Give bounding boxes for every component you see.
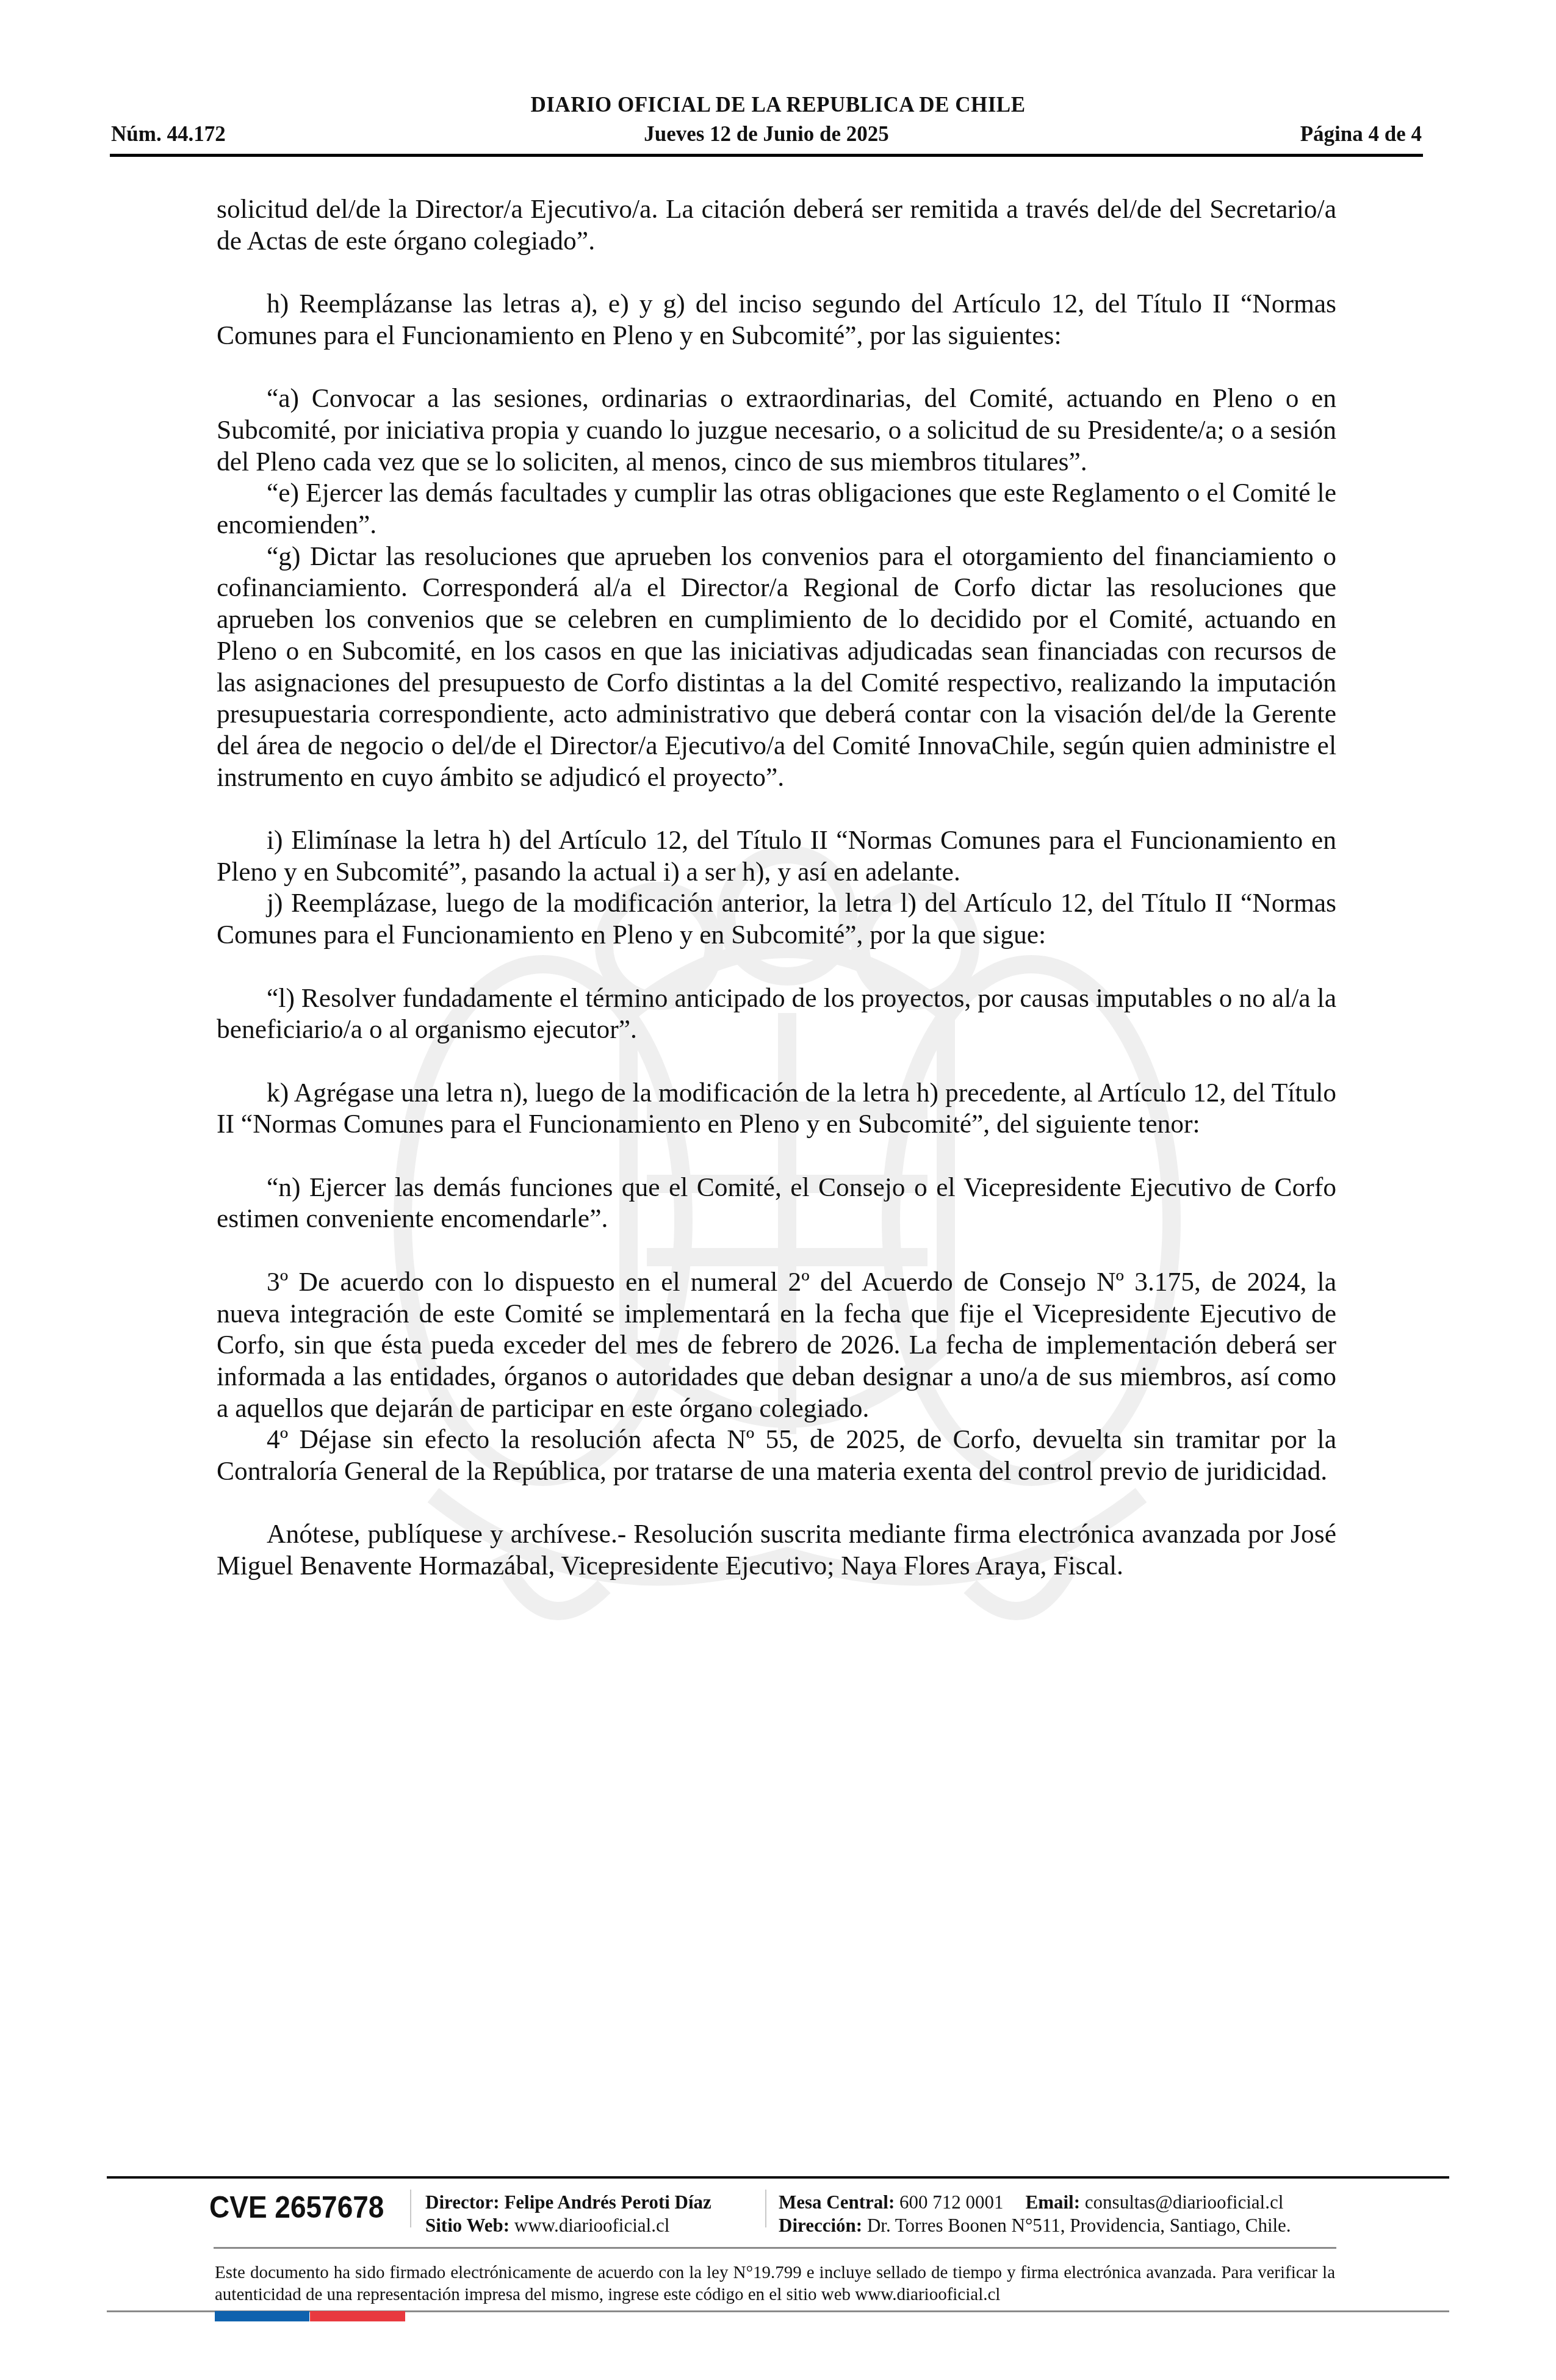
body-paragraph: j) Reemplázase, luego de la modificación… <box>217 888 1336 951</box>
flag-stripe-blue <box>215 2311 309 2321</box>
issue-date: Jueves 12 de Junio de 2025 <box>111 122 1422 146</box>
flag-stripe-red <box>310 2311 405 2321</box>
header-divider <box>110 154 1423 157</box>
director-name: Felipe Andrés Peroti Díaz <box>504 2191 711 2213</box>
website-link[interactable]: www.diariooficial.cl <box>514 2215 670 2236</box>
gazette-title: DIARIO OFICIAL DE LA REPUBLICA DE CHILE <box>0 93 1556 117</box>
body-paragraph: k) Agrégase una letra n), luego de la mo… <box>217 1078 1336 1141</box>
header-meta-row: Núm. 44.172 Jueves 12 de Junio de 2025 P… <box>111 122 1422 149</box>
footer-divider-middle <box>214 2247 1336 2249</box>
website-label: Sitio Web: <box>425 2215 510 2236</box>
address-text: Dr. Torres Boonen N°511, Providencia, Sa… <box>867 2215 1291 2236</box>
email-link[interactable]: consultas@diariooficial.cl <box>1085 2191 1284 2213</box>
cve-code: CVE 2657678 <box>209 2190 384 2225</box>
phone-label: Mesa Central: <box>779 2191 895 2213</box>
email-label: Email: <box>1026 2191 1081 2213</box>
paragraph-spacer <box>217 793 1336 825</box>
address-label: Dirección: <box>779 2215 862 2236</box>
body-paragraph: h) Reemplázanse las letras a), e) y g) d… <box>217 289 1336 352</box>
paragraph-spacer <box>217 352 1336 384</box>
phone-number: 600 712 0001 <box>899 2191 1004 2213</box>
director-label: Director: <box>425 2191 500 2213</box>
body-paragraph: Anótese, publíquese y archívese.- Resolu… <box>217 1519 1336 1582</box>
footer-separator <box>410 2190 411 2227</box>
footer-divider-top <box>107 2176 1449 2179</box>
body-paragraph: “a) Convocar a las sesiones, ordinarias … <box>217 383 1336 478</box>
paragraph-spacer <box>217 257 1336 289</box>
body-paragraph: “e) Ejercer las demás facultades y cumpl… <box>217 478 1336 541</box>
body-paragraph: 4º Déjase sin efecto la resolución afect… <box>217 1424 1336 1487</box>
footer-separator <box>765 2190 766 2227</box>
footer-contact-block: Mesa Central: 600 712 0001Email: consult… <box>779 2191 1291 2237</box>
body-paragraph: “l) Resolver fundadamente el término ant… <box>217 983 1336 1046</box>
body-paragraph: 3º De acuerdo con lo dispuesto en el num… <box>217 1267 1336 1425</box>
body-paragraph: “n) Ejercer las demás funciones que el C… <box>217 1172 1336 1235</box>
body-paragraph: solicitud del/de la Director/a Ejecutivo… <box>217 194 1336 257</box>
paragraph-spacer <box>217 1046 1336 1078</box>
paragraph-spacer <box>217 1488 1336 1520</box>
signature-disclaimer: Este documento ha sido firmado electróni… <box>215 2262 1335 2306</box>
paragraph-spacer <box>217 1141 1336 1172</box>
page-indicator: Página 4 de 4 <box>1300 122 1422 146</box>
paragraph-spacer <box>217 951 1336 983</box>
footer-director-block: Director: Felipe Andrés Peroti Díaz Siti… <box>425 2191 711 2237</box>
document-body: solicitud del/de la Director/a Ejecutivo… <box>217 194 1336 1582</box>
paragraph-spacer <box>217 1235 1336 1267</box>
body-paragraph: “g) Dictar las resoluciones que aprueben… <box>217 541 1336 794</box>
body-paragraph: i) Elimínase la letra h) del Artículo 12… <box>217 825 1336 888</box>
